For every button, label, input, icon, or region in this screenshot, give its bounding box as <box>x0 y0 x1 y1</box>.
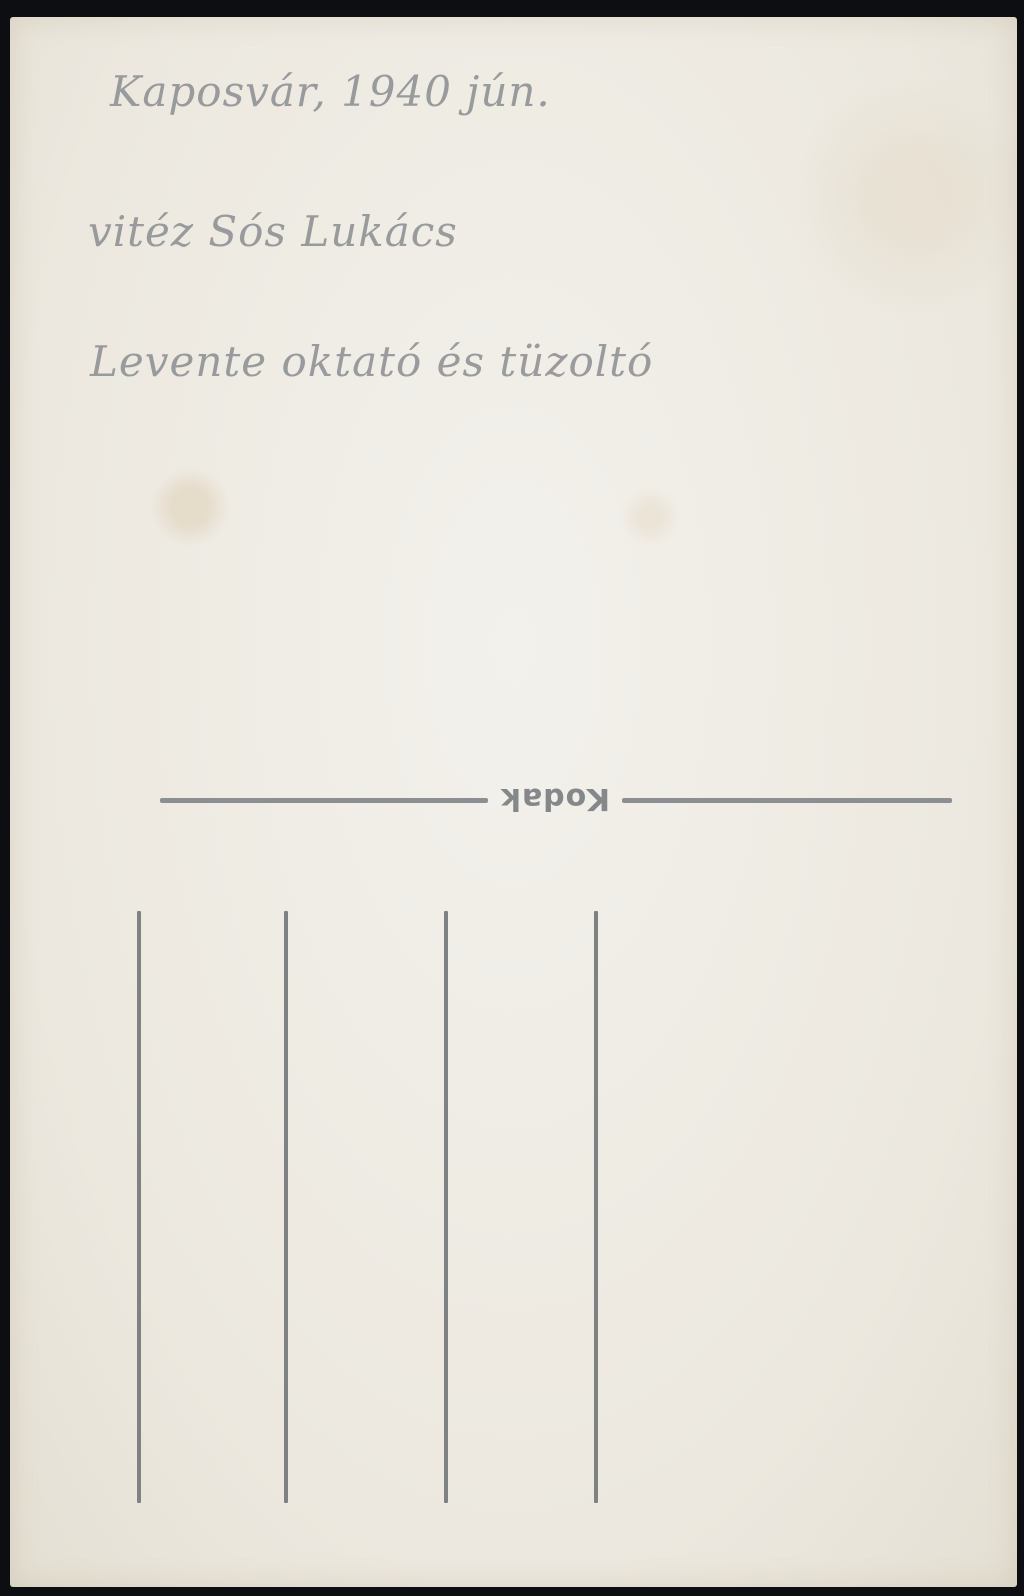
handwritten-place-date: Kaposvár, 1940 jún. <box>110 67 551 116</box>
address-line-3 <box>444 911 448 1503</box>
handwritten-name: vitéz Sós Lukács <box>88 207 458 256</box>
divider-line-right <box>622 798 952 803</box>
address-line-2 <box>284 911 288 1503</box>
postcard-back: Kaposvár, 1940 jún. vitéz Sós Lukács Lev… <box>10 17 1017 1587</box>
kodak-brand-mark: Kodak <box>490 781 620 816</box>
address-line-1 <box>137 911 141 1503</box>
divider-line-left <box>160 798 488 803</box>
address-line-4 <box>594 911 598 1503</box>
handwritten-occupation: Levente oktató és tüzoltó <box>90 337 653 386</box>
